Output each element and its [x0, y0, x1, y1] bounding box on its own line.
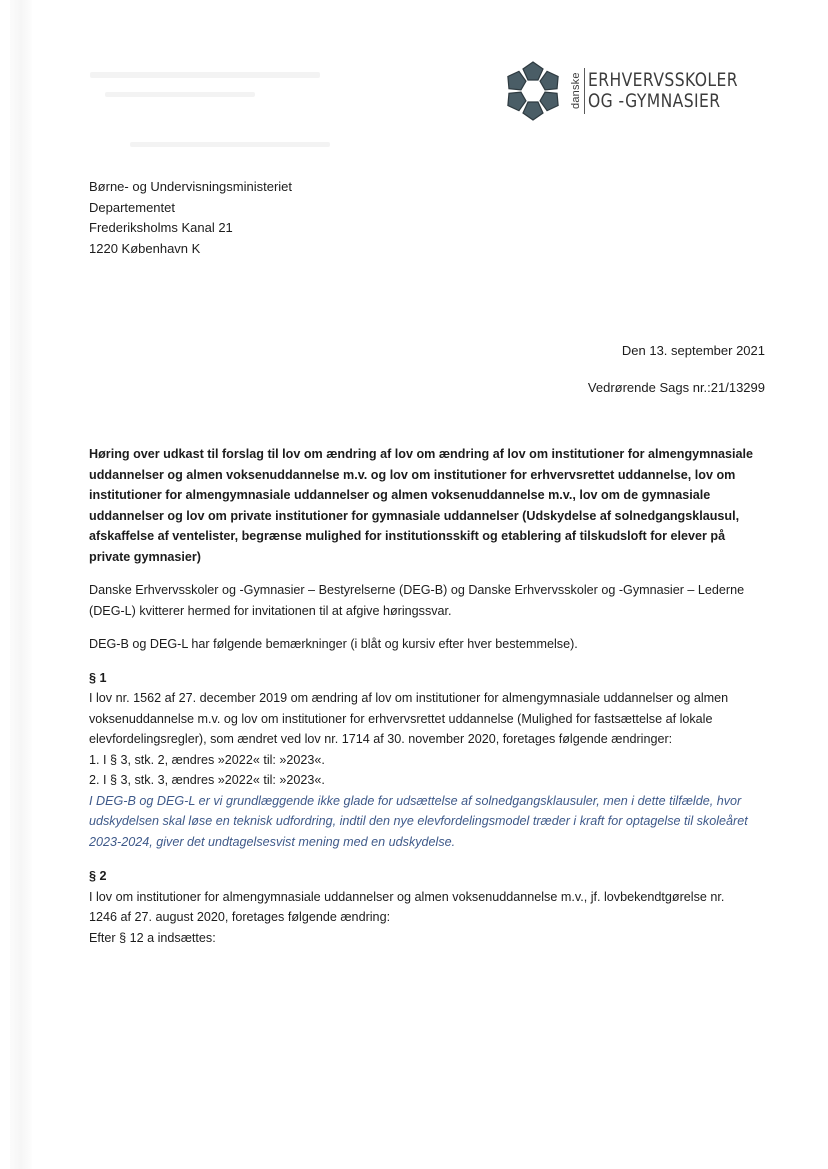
intro-paragraph: Danske Erhvervsskoler og -Gymnasier – Be…: [89, 580, 754, 621]
recipient-street: Frederiksholms Kanal 21: [89, 218, 292, 239]
bleed-through-text: [105, 92, 255, 97]
flower-logo-icon: [500, 58, 566, 124]
bleed-through-text: [130, 142, 330, 147]
recipient-department: Departementet: [89, 198, 292, 219]
remarks-note: DEG-B og DEG-L har følgende bemærkninger…: [89, 634, 754, 655]
case-reference: Vedrørende Sags nr.:21/13299: [588, 380, 765, 395]
section-heading: § 1: [89, 668, 754, 689]
spacer: [89, 852, 754, 866]
section-2: § 2 I lov om institutioner for almengymn…: [89, 866, 754, 948]
section-item: Efter § 12 a indsættes:: [89, 928, 754, 949]
scan-page-edge: [10, 0, 32, 1169]
recipient-name: Børne- og Undervisningsministeriet: [89, 177, 292, 198]
section-text: I lov nr. 1562 af 27. december 2019 om æ…: [89, 688, 754, 750]
section-text: I lov om institutioner for almengymnasia…: [89, 887, 754, 928]
recipient-city: 1220 København K: [89, 239, 292, 260]
subject-heading: Høring over udkast til forslag til lov o…: [89, 444, 754, 567]
section-item: 1. I § 3, stk. 2, ændres »2022« til: »20…: [89, 750, 754, 771]
bleed-through-text: [90, 72, 320, 78]
recipient-address: Børne- og Undervisningsministeriet Depar…: [89, 177, 292, 259]
logo-line-2: OG -GYMNASIER: [588, 91, 738, 112]
logo-side-text: danske: [570, 68, 582, 114]
section-item: 2. I § 3, stk. 3, ændres »2022« til: »20…: [89, 770, 754, 791]
logo-line-1: ERHVERVSSKOLER: [588, 70, 738, 91]
logo-wordmark: ERHVERVSSKOLER OG -GYMNASIER: [588, 70, 771, 112]
section-comment: I DEG-B og DEG-L er vi grundlæggende ikk…: [89, 791, 754, 853]
letter-body: Høring over udkast til forslag til lov o…: [89, 444, 754, 948]
section-1: § 1 I lov nr. 1562 af 27. december 2019 …: [89, 668, 754, 853]
letterhead-logo: danske ERHVERVSSKOLER OG -GYMNASIER: [500, 58, 771, 124]
logo-divider: [584, 68, 585, 114]
letter-date: Den 13. september 2021: [622, 343, 765, 358]
section-heading: § 2: [89, 866, 754, 887]
